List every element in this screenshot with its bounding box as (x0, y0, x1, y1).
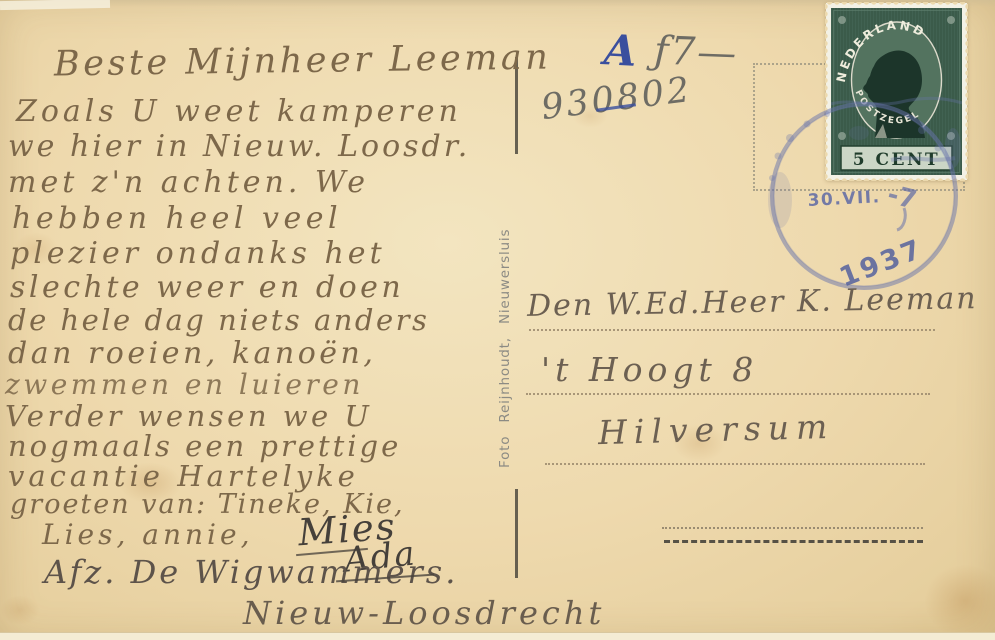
place-line: Nieuw-Loosdrecht (243, 597, 605, 629)
address-line-1: Den W.Ed.Heer K. Leeman (527, 284, 978, 322)
foxing-spot (0, 595, 40, 625)
address-rule-4-solid (664, 540, 923, 543)
photo-credit: Foto Reijnhoudt, Nieuwersluis (497, 229, 513, 468)
message-line: met z'n achten. We (8, 168, 369, 198)
address-line-2: 't Hoogt 8 (541, 353, 758, 386)
message-line: plezier ondanks het (10, 239, 386, 269)
address-rule-1 (529, 329, 935, 331)
address-rule-2 (526, 393, 930, 395)
message-line: Zoals U weet kamperen (16, 97, 462, 127)
card-bottom-edge (0, 632, 995, 640)
postmark-hour: -7 (884, 180, 919, 216)
dealer-code: 930802 (539, 73, 694, 126)
message-line: Verder wensen we U (5, 402, 372, 431)
message-line: we hier in Nieuw. Loosdr. (8, 132, 470, 162)
address-rule-3 (545, 463, 925, 465)
message-line: hebben heel veel (12, 204, 342, 234)
card-corner-chip (0, 0, 110, 10)
foxing-spot (925, 565, 995, 637)
message-line: slechte weer en doen (10, 273, 404, 303)
dealer-letter: A (603, 29, 638, 73)
divider-line-bottom (515, 489, 518, 578)
address-rule-4 (662, 527, 923, 529)
dealer-price: ƒ7— (653, 32, 739, 74)
sender-line: Afz. De Wigwammers. (44, 556, 458, 588)
message-line: nogmaals een prettige (8, 432, 401, 461)
postmark-date: 30.VII. (807, 187, 881, 211)
message-salutation: Beste Mijnheer Leeman (54, 41, 552, 83)
message-line: vacantie Hartelyke (8, 462, 359, 491)
message-line: zwemmen en luieren (5, 371, 364, 399)
postcard-back: Foto Reijnhoudt, Nieuwersluis Beste Mijn… (0, 0, 995, 640)
message-line: dan roeien, kanoën, (8, 339, 376, 369)
address-line-3: Hilversum (598, 410, 835, 449)
message-line: Lies, annie, (42, 521, 253, 549)
message-line: de hele dag niets anders (8, 306, 429, 335)
